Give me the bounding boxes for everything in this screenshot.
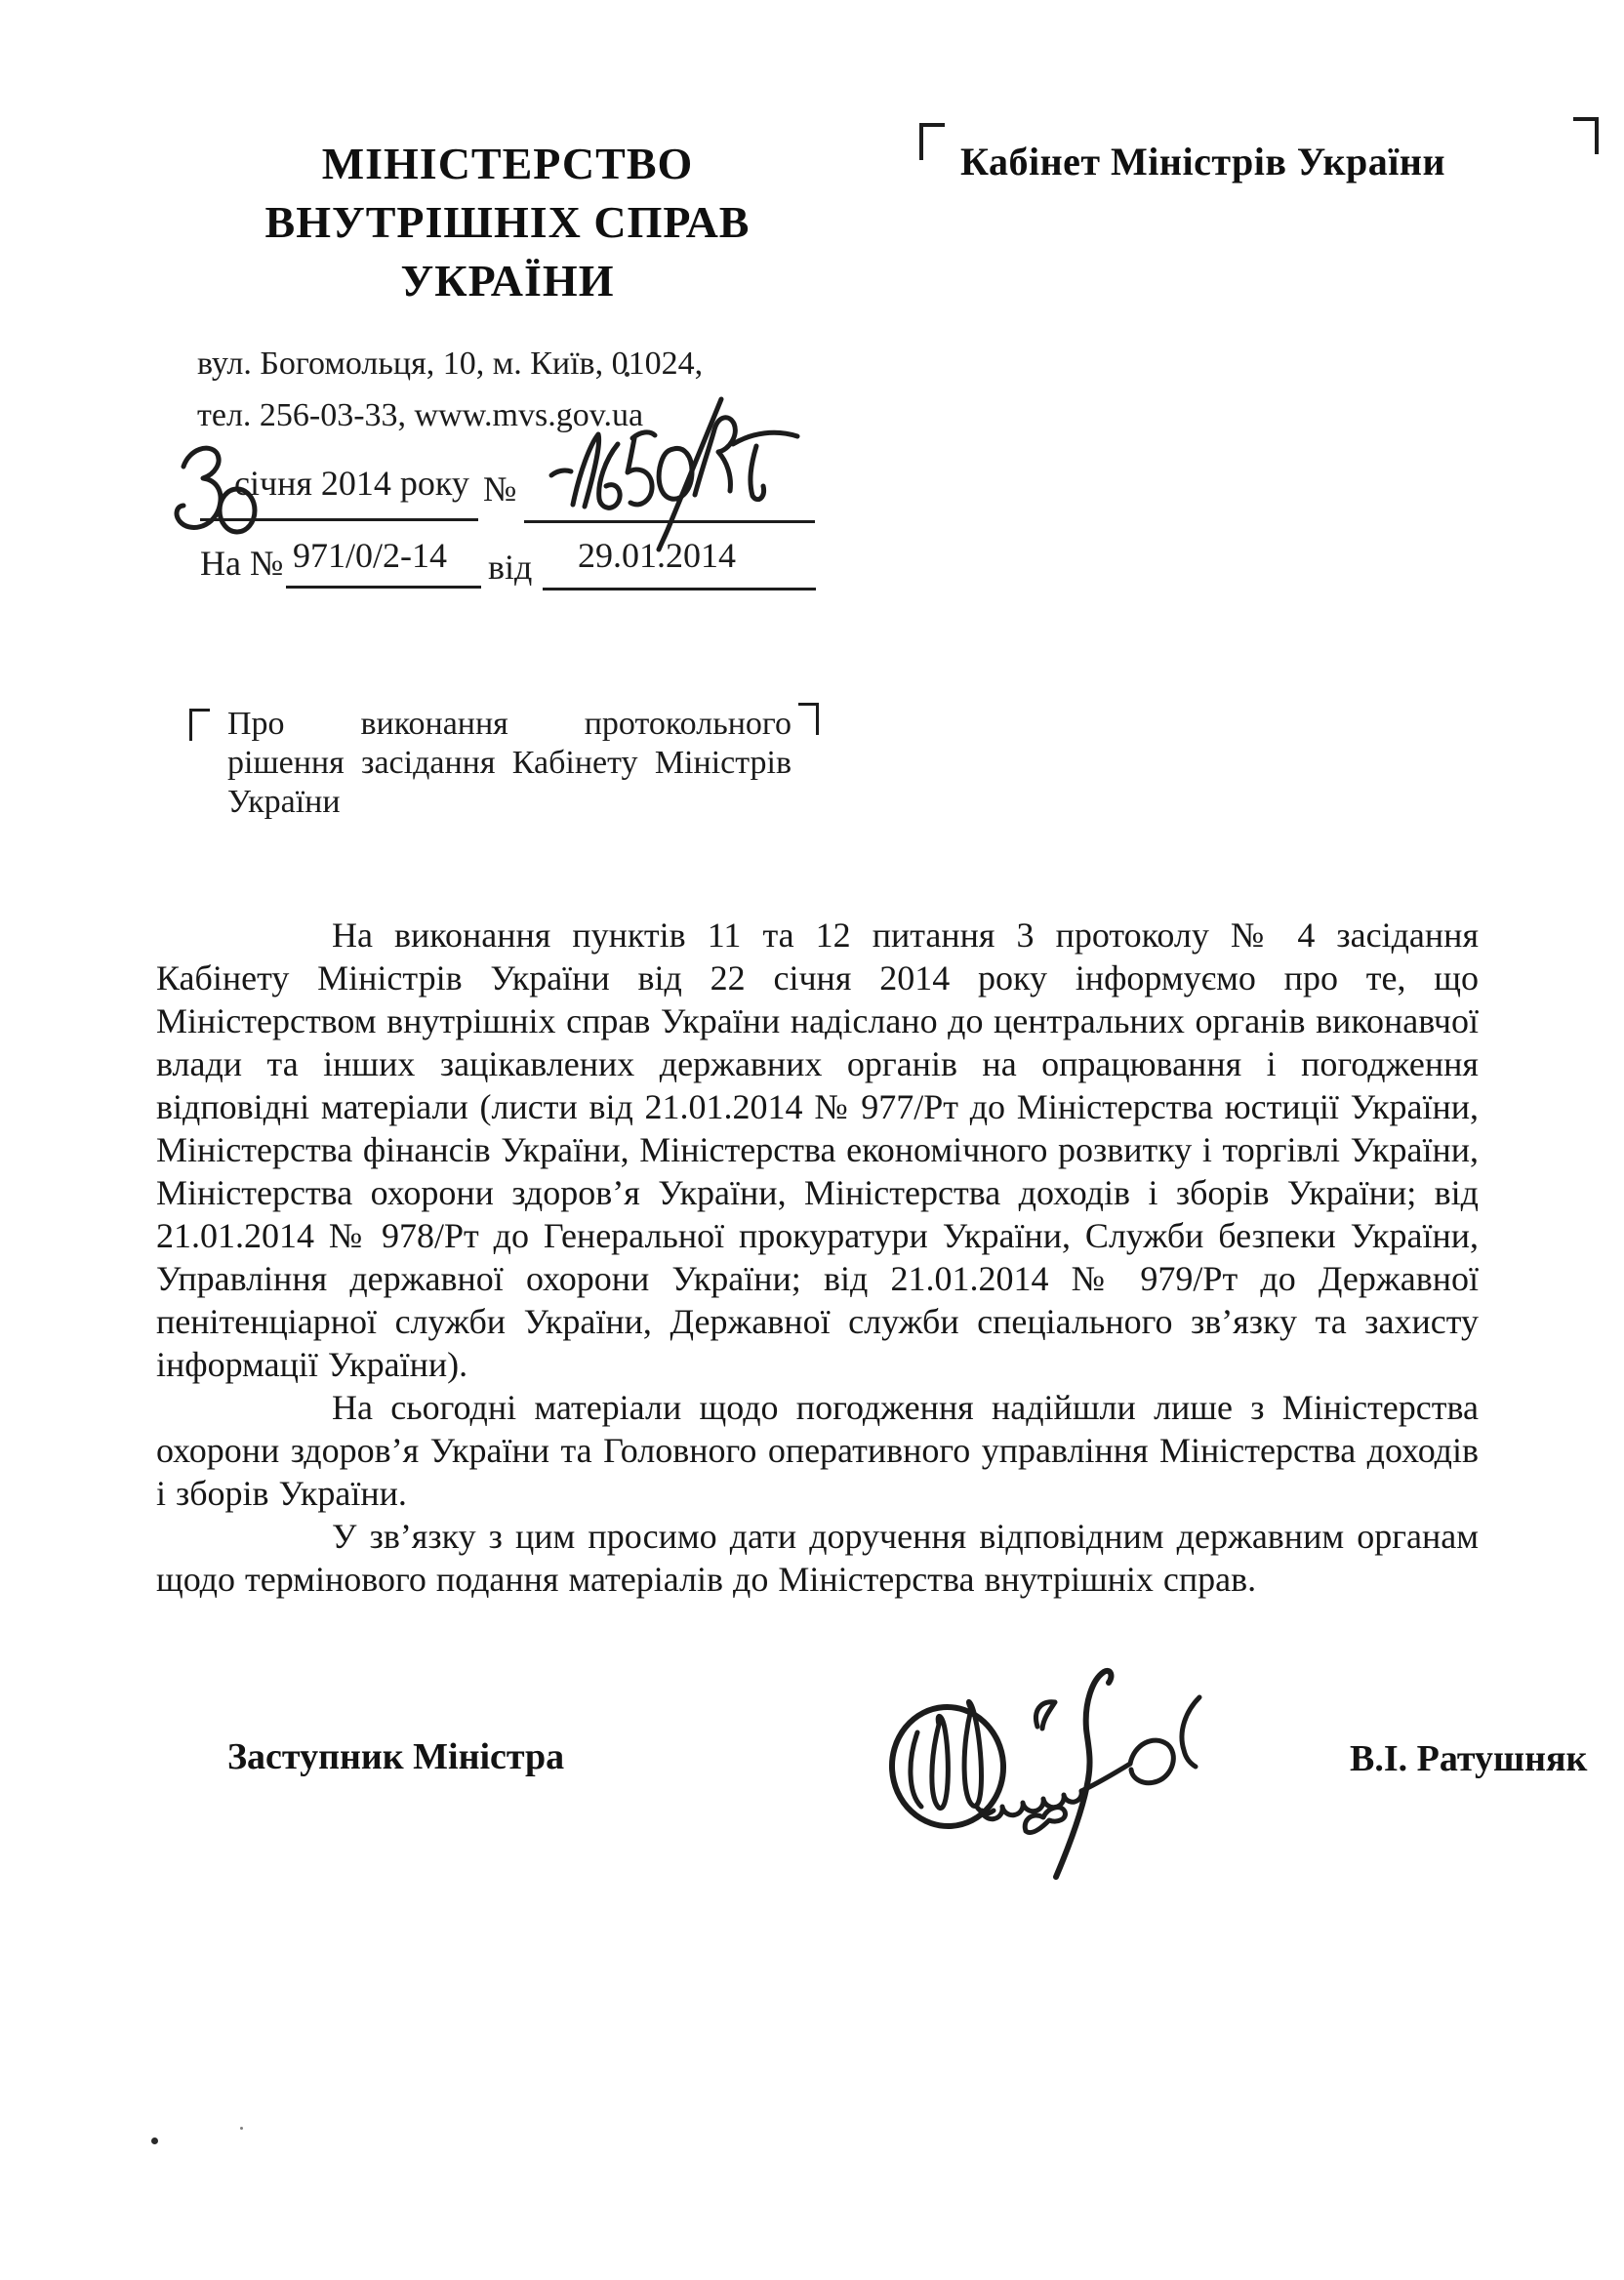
scanned-letter-page: МІНІСТЕРСТВО ВНУТРІШНІХ СПРАВ УКРАЇНИ ву… <box>0 0 1624 2280</box>
org-name-line-3: УКРАЇНИ <box>200 252 815 310</box>
body-paragraph-2: На сьогодні матеріали щодо погодження на… <box>156 1386 1479 1515</box>
org-name-line-1: МІНІСТЕРСТВО <box>200 135 815 193</box>
scan-speck <box>240 2127 243 2130</box>
recipient-name: Кабінет Міністрів України <box>960 139 1445 184</box>
body-paragraph-3: У зв’язку з цим просимо дати доручення в… <box>156 1515 1479 1601</box>
handwritten-outgoing-number <box>540 376 832 615</box>
recipient-corner-bracket-open-icon <box>919 123 945 160</box>
body-paragraph-1: На виконання пунктів 11 та 12 питання 3 … <box>156 914 1479 1386</box>
org-name-line-2: ВНУТРІШНІХ СПРАВ <box>200 193 815 252</box>
incoming-number-label: На № <box>200 543 283 584</box>
scan-speck <box>625 372 629 377</box>
date-printed: січня 2014 року <box>234 463 469 504</box>
letter-body: На виконання пунктів 11 та 12 питання 3 … <box>156 914 1479 1601</box>
incoming-date-underline <box>543 588 816 590</box>
signer-position-title: Заступник Міністра <box>227 1735 564 1778</box>
scan-speck <box>151 2137 158 2144</box>
date-underline <box>200 518 478 521</box>
incoming-number-value: 971/0/2-14 <box>293 535 447 576</box>
subject-line-1: Про виконання протокольного <box>227 705 792 744</box>
subject-corner-bracket-close-icon <box>798 703 819 735</box>
letterhead-org-name: МІНІСТЕРСТВО ВНУТРІШНІХ СПРАВ УКРАЇНИ <box>200 135 815 310</box>
subject-block: Про виконання протокольного рішення засі… <box>227 705 792 822</box>
subject-line-2: рішення засідання Кабінету Міністрів <box>227 744 792 783</box>
incoming-number-underline <box>286 586 481 589</box>
incoming-from-label: від <box>488 547 532 588</box>
signer-name: В.І. Ратушняк <box>1350 1737 1587 1780</box>
incoming-date-value: 29.01.2014 <box>578 535 736 576</box>
handwritten-signature-scribble <box>878 1632 1239 1891</box>
recipient-corner-bracket-close-icon <box>1573 117 1599 154</box>
subject-corner-bracket-open-icon <box>189 709 210 741</box>
subject-line-3: України <box>227 783 792 822</box>
number-sign: № <box>483 468 516 509</box>
